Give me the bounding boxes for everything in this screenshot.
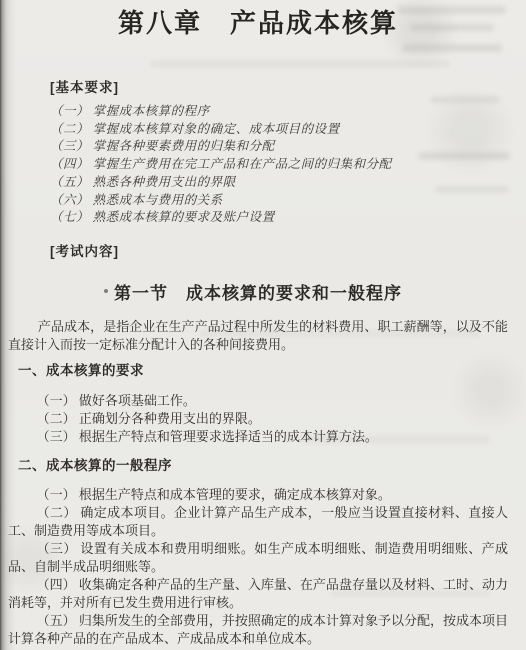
procedure-item: （三） 设置有关成本和费用明细账。如生产成本明细账、制造费用明细账、产成品、自制… — [8, 540, 508, 576]
requirement-item: （二） 正确划分各种费用支出的界限。 — [8, 410, 508, 428]
page-content: 第八章 产品成本核算 [基本要求] （一） 掌握成本核算的程序 （二） 掌握成本… — [0, 6, 526, 648]
scanned-book-page: 第八章 产品成本核算 [基本要求] （一） 掌握成本核算的程序 （二） 掌握成本… — [0, 0, 526, 650]
subsection-1-heading: 一、成本核算的要求 — [18, 363, 508, 379]
basic-requirement-item: （五） 熟悉各种费用支出的界限 — [50, 174, 508, 192]
basic-requirement-item: （二） 掌握成本核算对象的确定、成本项目的设置 — [50, 121, 508, 139]
exam-content-label: [考试内容] — [50, 244, 508, 260]
procedure-item: （五） 归集所发生的全部费用，并按照确定的成本计算对象予以分配，按成本项目计算各… — [8, 612, 508, 648]
requirement-item: （一） 做好各项基础工作。 — [8, 392, 508, 410]
basic-requirement-item: （六） 熟悉成本与费用的关系 — [50, 192, 508, 210]
basic-requirements-label: [基本要求] — [50, 80, 508, 96]
subsection-2-heading: 二、成本核算的一般程序 — [18, 458, 508, 474]
requirement-item: （三） 根据生产特点和管理要求选择适当的成本计算方法。 — [8, 428, 508, 446]
procedure-item: （二） 确定成本项目。企业计算产品生产成本，一般应当设置直接材料、直接人工、制造… — [8, 504, 508, 540]
procedure-item: （一） 根据生产特点和成本管理的要求，确定成本核算对象。 — [8, 486, 508, 504]
chapter-title: 第八章 产品成本核算 — [8, 6, 508, 41]
basic-requirement-item: （四） 掌握生产费用在完工产品和在产品之间的归集和分配 — [50, 156, 508, 174]
intro-paragraph: 产品成本，是指企业在生产产品过程中所发生的材料费用、职工薪酬等，以及不能直接计入… — [8, 318, 508, 354]
basic-requirement-item: （三） 掌握各种要素费用的归集和分配 — [50, 138, 508, 156]
basic-requirements-list: （一） 掌握成本核算的程序 （二） 掌握成本核算对象的确定、成本项目的设置 （三… — [50, 103, 508, 227]
subsection-1-list: （一） 做好各项基础工作。 （二） 正确划分各种费用支出的界限。 （三） 根据生… — [8, 392, 508, 446]
basic-requirement-item: （一） 掌握成本核算的程序 — [50, 103, 508, 121]
basic-requirement-item: （七） 熟悉成本核算的要求及账户设置 — [50, 209, 508, 227]
section-heading: 第一节 成本核算的要求和一般程序 — [8, 283, 508, 304]
procedure-item: （四） 收集确定各种产品的生产量、入库量、在产品盘存量以及材料、工时、动力消耗等… — [8, 576, 508, 612]
subsection-2-list: （一） 根据生产特点和成本管理的要求，确定成本核算对象。 （二） 确定成本项目。… — [8, 486, 508, 648]
